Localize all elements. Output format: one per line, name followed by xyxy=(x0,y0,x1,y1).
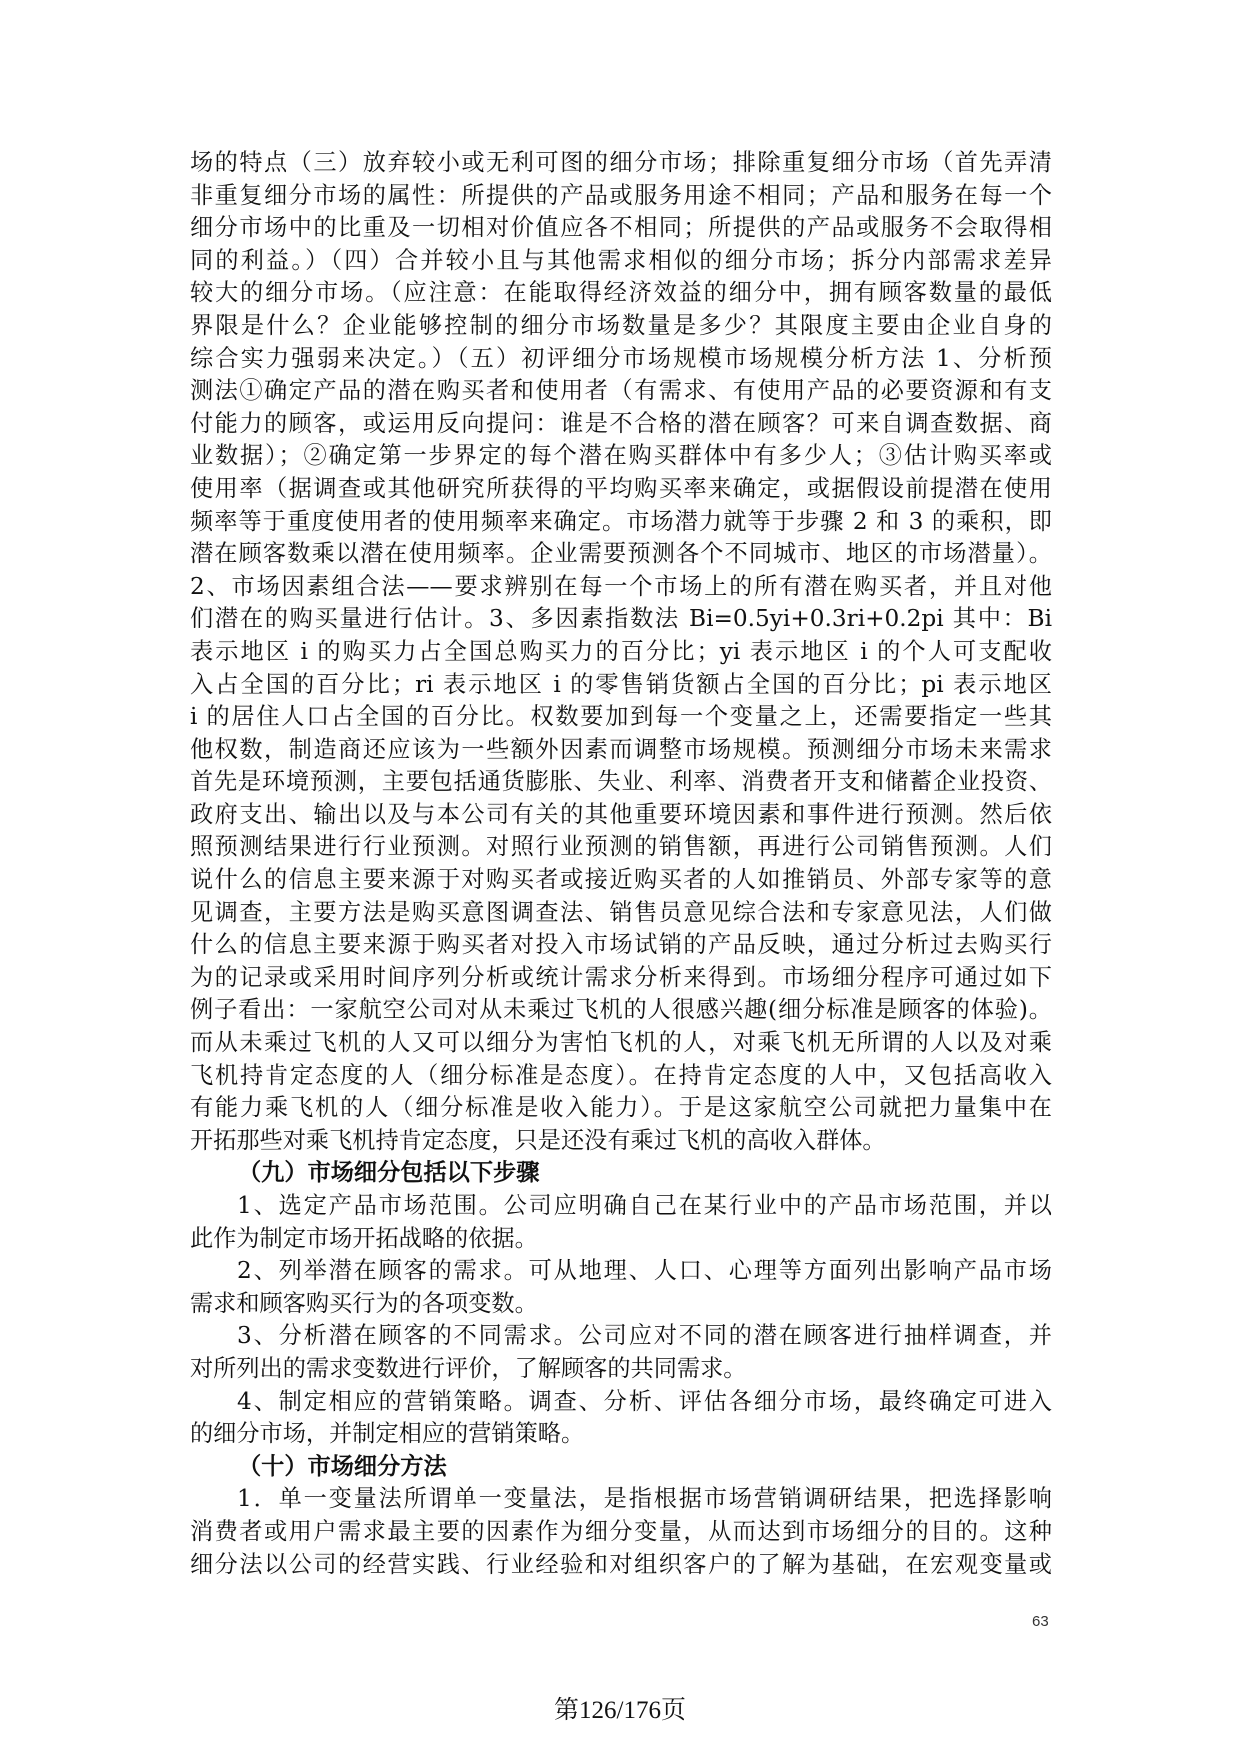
text-line: 首先是环境预测，主要包括通货膨胀、失业、利率、消费者开支和储蓄企业投资、 xyxy=(190,766,1052,799)
text-line: 细分市场中的比重及一切相对价值应各不相同；所提供的产品或服务不会取得相 xyxy=(190,212,1052,245)
document-body: 场的特点（三）放弃较小或无利可图的细分市场；排除重复细分市场（首先弄清 非重复细… xyxy=(190,147,1052,1581)
text-line: 细分法以公司的经营实践、行业经验和对组织客户的了解为基础，在宏观变量或 xyxy=(190,1549,1052,1582)
text-line: 照预测结果进行行业预测。对照行业预测的销售额，再进行公司销售预测。人们 xyxy=(190,831,1052,864)
paragraph-market-segmentation-analysis: 场的特点（三）放弃较小或无利可图的细分市场；排除重复细分市场（首先弄清 非重复细… xyxy=(190,147,1052,1157)
section-heading: （十）市场细分方法 xyxy=(190,1451,1052,1484)
text-line: 说什么的信息主要来源于对购买者或接近购买者的人如推销员、外部专家等的意 xyxy=(190,864,1052,897)
text-line: i 的居住人口占全国的百分比。权数要加到每一个变量之上，还需要指定一些其 xyxy=(190,701,1052,734)
text-line: 界限是什么？企业能够控制的细分市场数量是多少？其限度主要由企业自身的 xyxy=(190,310,1052,343)
text-line: 付能力的顾客，或运用反向提问：谁是不合格的潜在顾客？可来自调查数据、商 xyxy=(190,408,1052,441)
text-line: 为的记录或采用时间序列分析或统计需求分析来得到。市场细分程序可通过如下 xyxy=(190,962,1052,995)
text-line: 见调查，主要方法是购买意图调查法、销售员意见综合法和专家意见法，人们做 xyxy=(190,897,1052,930)
text-line: 同的利益。）（四）合并较小且与其他需求相似的细分市场；拆分内部需求差异 xyxy=(190,245,1052,278)
text-line: 政府支出、输出以及与本公司有关的其他重要环境因素和事件进行预测。然后依 xyxy=(190,799,1052,832)
text-line: 业数据）；②确定第一步界定的每个潜在购买群体中有多少人；③估计购买率或 xyxy=(190,440,1052,473)
section-heading: （九）市场细分包括以下步骤 xyxy=(190,1157,1052,1190)
text-line: 较大的细分市场。（应注意：在能取得经济效益的细分中，拥有顾客数量的最低 xyxy=(190,277,1052,310)
text-line: 有能力乘飞机的人（细分标准是收入能力）。于是这家航空公司就把力量集中在 xyxy=(190,1092,1052,1125)
step-line: 需求和顾客购买行为的各项变数。 xyxy=(190,1288,1052,1321)
step-line: 3、分析潜在顾客的不同需求。公司应对不同的潜在顾客进行抽样调查，并 xyxy=(190,1320,1052,1353)
text-line: 飞机持肯定态度的人（细分标准是态度）。在持肯定态度的人中，又包括高收入 xyxy=(190,1060,1052,1093)
step-line: 2、列举潜在顾客的需求。可从地理、人口、心理等方面列出影响产品市场 xyxy=(190,1255,1052,1288)
step-line: 的细分市场，并制定相应的营销策略。 xyxy=(190,1418,1052,1451)
text-line: 2、市场因素组合法——要求辨别在每一个市场上的所有潜在购买者，并且对他 xyxy=(190,571,1052,604)
text-line: 消费者或用户需求最主要的因素作为细分变量，从而达到市场细分的目的。这种 xyxy=(190,1516,1052,1549)
section-segmentation-steps: （九）市场细分包括以下步骤 1、选定产品市场范围。公司应明确自己在某行业中的产品… xyxy=(190,1157,1052,1450)
text-line: 例子看出：一家航空公司对从未乘过飞机的人很感兴趣(细分标准是顾客的体验)。 xyxy=(190,994,1052,1027)
text-line: 表示地区 i 的购买力占全国总购买力的百分比；yi 表示地区 i 的个人可支配收 xyxy=(190,636,1052,669)
text-line: 频率等于重度使用者的使用频率来确定。市场潜力就等于步骤 2 和 3 的乘积，即 xyxy=(190,506,1052,539)
text-line: 而从未乘过飞机的人又可以细分为害怕飞机的人，对乘飞机无所谓的人以及对乘 xyxy=(190,1027,1052,1060)
step-line: 1、选定产品市场范围。公司应明确自己在某行业中的产品市场范围，并以 xyxy=(190,1190,1052,1223)
text-line: 综合实力强弱来决定。）（五）初评细分市场规模市场规模分析方法 1、分析预 xyxy=(190,343,1052,376)
text-line: 什么的信息主要来源于购买者对投入市场试销的产品反映，通过分析过去购买行 xyxy=(190,929,1052,962)
text-line: 测法①确定产品的潜在购买者和使用者（有需求、有使用产品的必要资源和有支 xyxy=(190,375,1052,408)
text-line: 1．单一变量法所谓单一变量法，是指根据市场营销调研结果，把选择影响 xyxy=(190,1483,1052,1516)
page-number: 63 xyxy=(1032,1613,1049,1630)
text-line: 入占全国的百分比；ri 表示地区 i 的零售销货额占全国的百分比；pi 表示地区 xyxy=(190,669,1052,702)
text-line: 开拓那些对乘飞机持肯定态度，只是还没有乘过飞机的高收入群体。 xyxy=(190,1125,1052,1158)
text-line: 们潜在的购买量进行估计。3、多因素指数法 Bi=0.5yi+0.3ri+0.2p… xyxy=(190,603,1052,636)
page-indicator: 第126/176页 xyxy=(0,1690,1240,1726)
step-line: 对所列出的需求变数进行评价，了解顾客的共同需求。 xyxy=(190,1353,1052,1386)
text-line: 使用率（据调查或其他研究所获得的平均购买率来确定，或据假设前提潜在使用 xyxy=(190,473,1052,506)
text-line: 非重复细分市场的属性：所提供的产品或服务用途不相同；产品和服务在每一个 xyxy=(190,180,1052,213)
step-line: 4、制定相应的营销策略。调查、分析、评估各细分市场，最终确定可进入 xyxy=(190,1386,1052,1419)
document-page: 场的特点（三）放弃较小或无利可图的细分市场；排除重复细分市场（首先弄清 非重复细… xyxy=(0,0,1240,1753)
section-segmentation-methods: （十）市场细分方法 1．单一变量法所谓单一变量法，是指根据市场营销调研结果，把选… xyxy=(190,1451,1052,1581)
text-line: 场的特点（三）放弃较小或无利可图的细分市场；排除重复细分市场（首先弄清 xyxy=(190,147,1052,180)
text-line: 潜在顾客数乘以潜在使用频率。企业需要预测各个不同城市、地区的市场潜量）。 xyxy=(190,538,1052,571)
text-line: 他权数，制造商还应该为一些额外因素而调整市场规模。预测细分市场未来需求 xyxy=(190,734,1052,767)
step-line: 此作为制定市场开拓战略的依据。 xyxy=(190,1223,1052,1256)
